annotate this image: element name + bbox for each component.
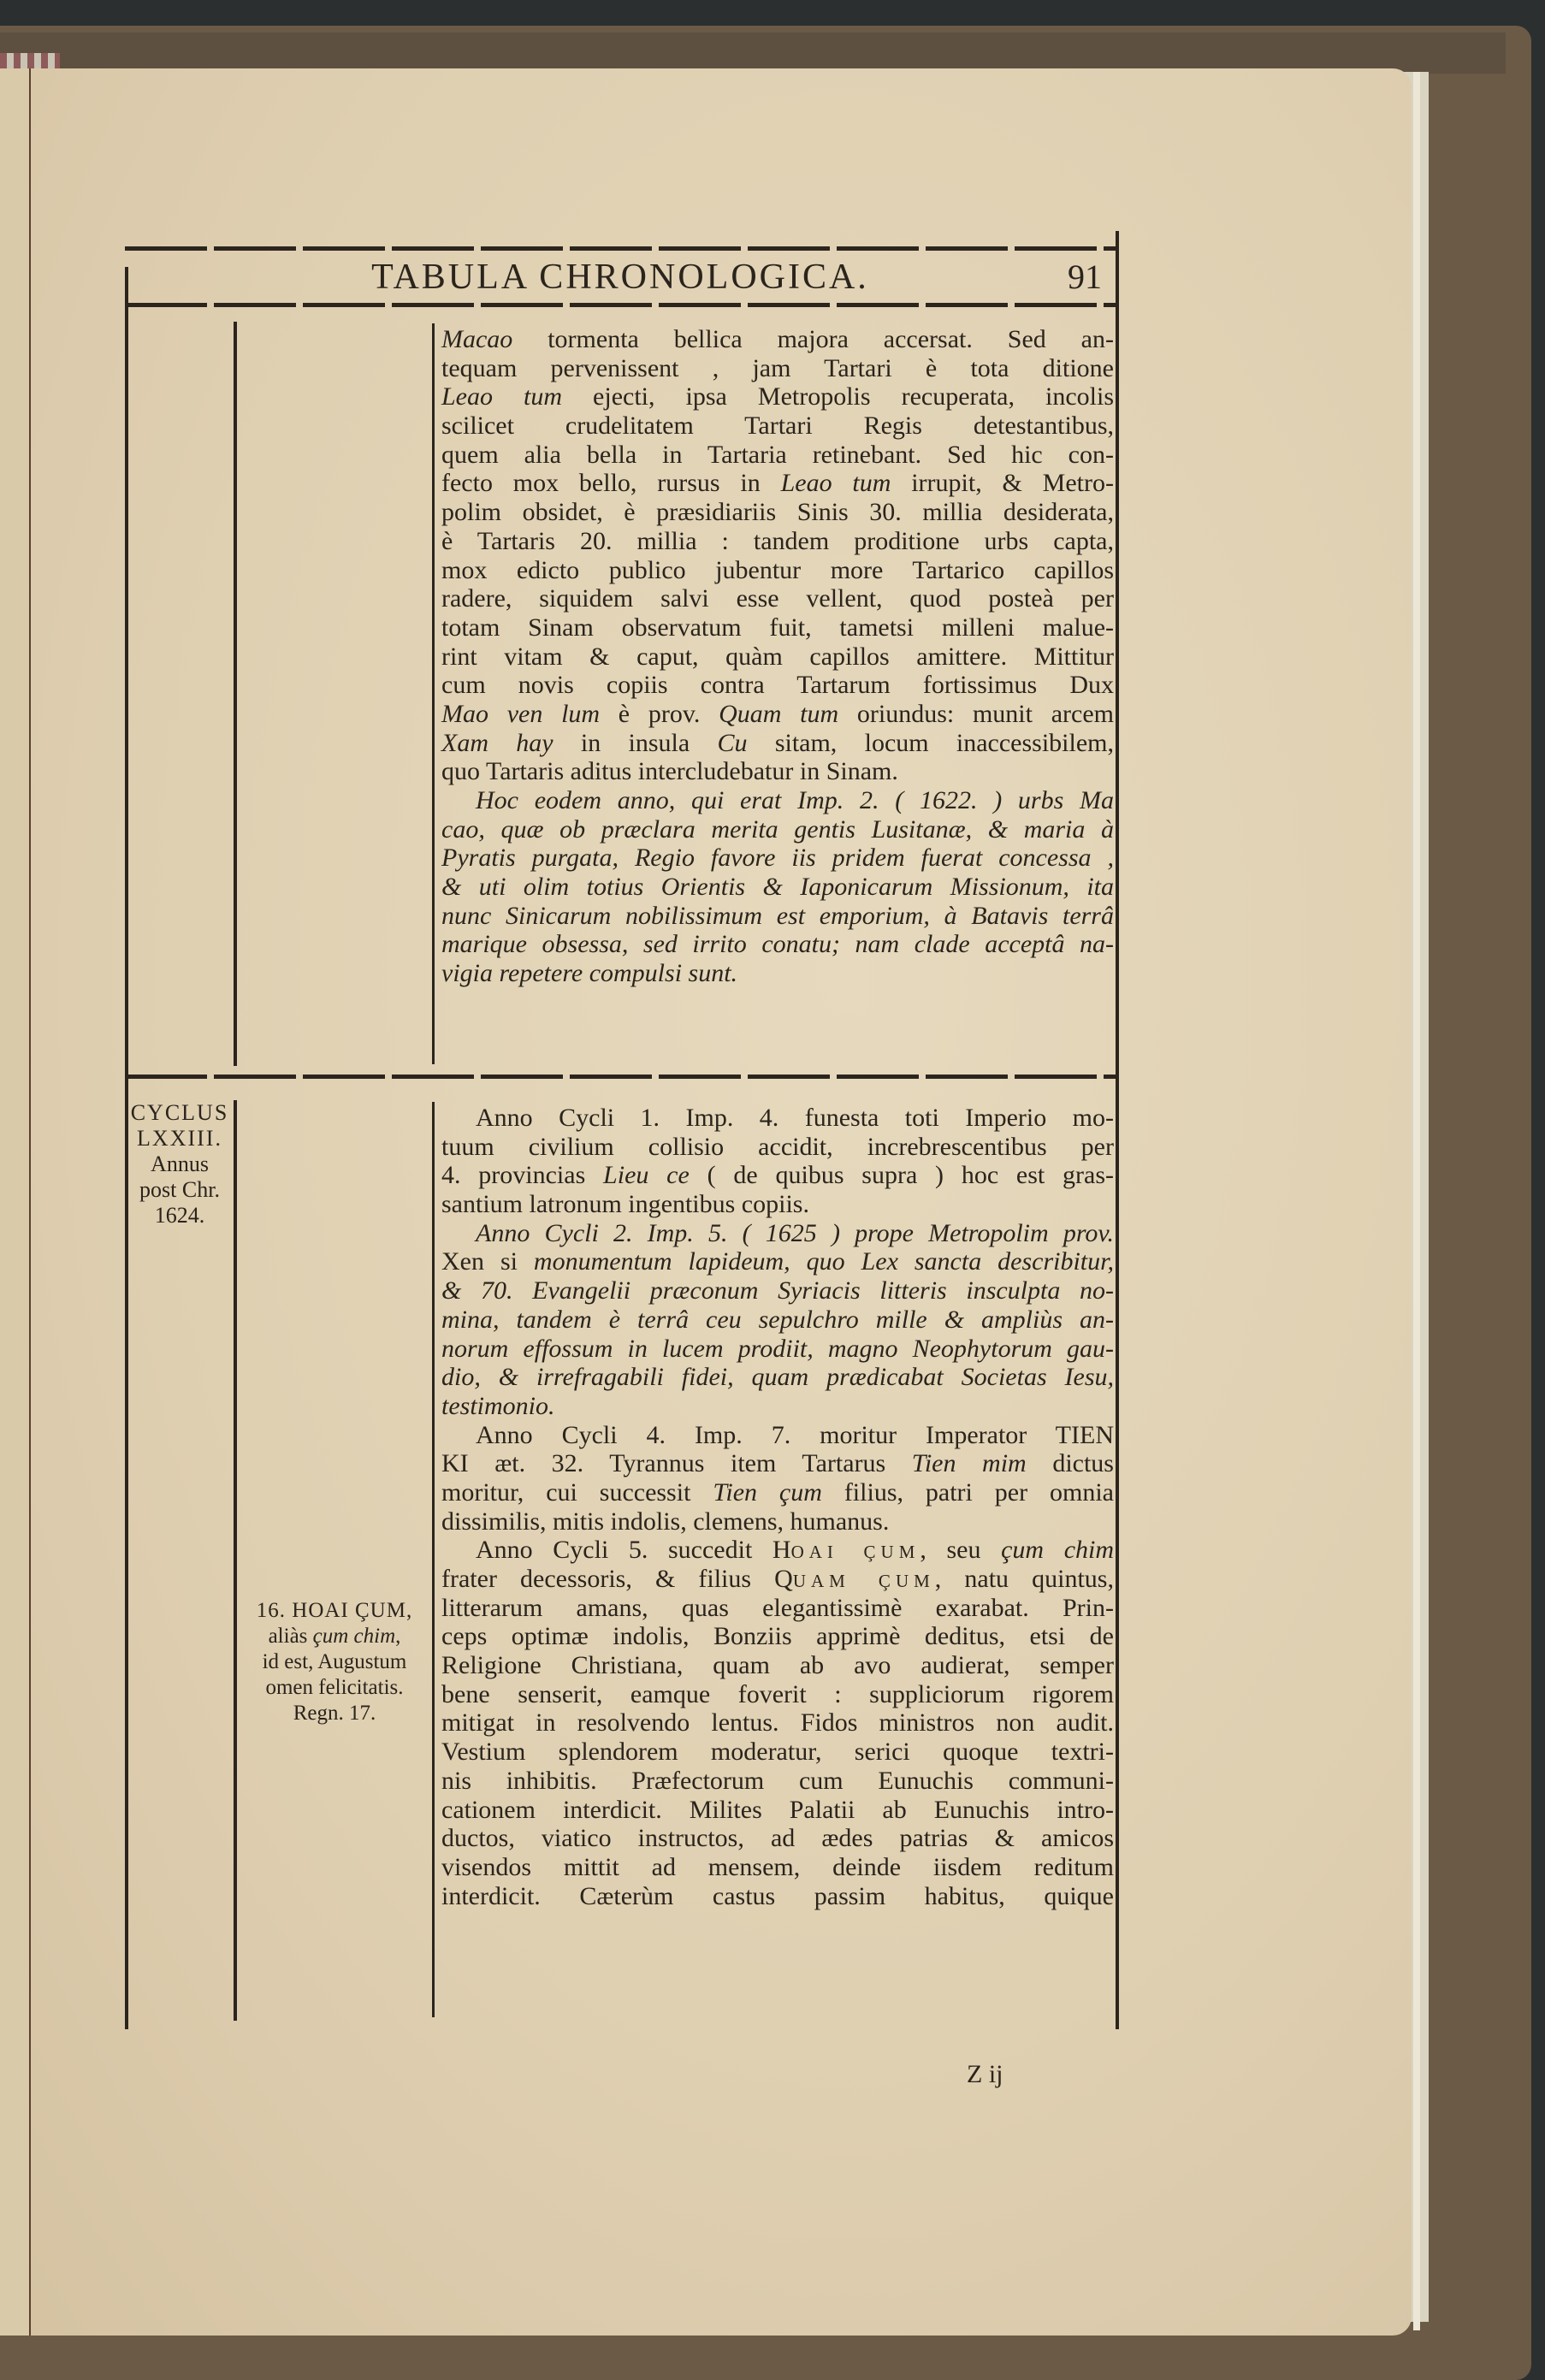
page-edges <box>1413 72 1420 2330</box>
column-divider-2-lower <box>432 1102 435 2017</box>
text-line: scilicet crudelitatem Tartari Regis dete… <box>441 411 1114 441</box>
text-line: cao, quæ ob præclara merita gentis Lusit… <box>441 815 1114 844</box>
text-line: radere, siquidem salvi esse vellent, quo… <box>441 584 1114 613</box>
text-line: & 70. Evangelii præconum Syriacis litter… <box>441 1276 1114 1305</box>
book-spine-top <box>0 33 1506 74</box>
text-line: 4. provincias Lieu ce ( de quibus supra … <box>441 1161 1114 1190</box>
right-frame-rule <box>1116 231 1119 2029</box>
text-line: vigia repetere compulsi sunt. <box>441 959 1114 988</box>
text-line: & uti olim totius Orientis & Iaponicarum… <box>441 873 1114 902</box>
text-line: litterarum amans, quas elegantissimè exa… <box>441 1594 1114 1623</box>
text-line: rint vitam & caput, quàm capillos amitte… <box>441 642 1114 672</box>
text-line: cum novis copiis contra Tartarum fortiss… <box>441 671 1114 700</box>
text-line: fecto mox bello, rursus in Leao tum irru… <box>441 469 1114 498</box>
signature-mark: Z ij <box>967 2060 1003 2089</box>
emperor-meaning: id est, Augustum <box>238 1649 431 1675</box>
text-line: totam Sinam observatum fuit, tametsi mil… <box>441 613 1114 642</box>
cycle-number: LXXIII. <box>128 1126 231 1152</box>
text-line: testimonio. <box>441 1392 1114 1421</box>
year-value: 1624. <box>128 1203 231 1228</box>
upper-text-block: Macao tormenta bellica majora accersat. … <box>441 325 1114 988</box>
text-line: Anno Cycli 5. succedit Hoai çum, seu çum… <box>441 1536 1114 1565</box>
text-line: bene senserit, eamque foverit : supplici… <box>441 1680 1114 1709</box>
text-line: polim obsidet, è præsidiariis Sinis 30. … <box>441 498 1114 527</box>
text-line: mitigat in resolvendo lentus. Fidos mini… <box>441 1708 1114 1738</box>
header-top-rule <box>125 246 1117 251</box>
text-line: quem alia bella in Tartaria retinebant. … <box>441 441 1114 470</box>
reign-length: Regn. 17. <box>238 1701 431 1726</box>
text-line: cationem interdicit. Milites Palatii ab … <box>441 1796 1114 1825</box>
text-line: è Tartaris 20. millia : tandem prodition… <box>441 527 1114 556</box>
text-line: Vestium splendorem moderatur, serici quo… <box>441 1738 1114 1767</box>
cycle-label: CYCLUS <box>128 1100 231 1126</box>
text-line: Xen si monumentum lapideum, quo Lex sanc… <box>441 1247 1114 1276</box>
column-divider-1-upper <box>234 322 237 1066</box>
text-line: frater decessoris, & filius Quam çum, na… <box>441 1565 1114 1594</box>
text-line: Pyratis purgata, Regio favore iis pridem… <box>441 844 1114 873</box>
section-divider-rule <box>125 1075 1117 1079</box>
text-line: Mao ven lum è prov. Quam tum oriundus: m… <box>441 700 1114 729</box>
cycle-year-note: CYCLUS LXXIII. Annus post Chr. 1624. <box>128 1100 231 1228</box>
text-line: nis inhibitis. Præfectorum cum Eunuchis … <box>441 1767 1114 1796</box>
text-line: KI æt. 32. Tyrannus item Tartarus Tien m… <box>441 1449 1114 1478</box>
text-line: dio, & irrefragabili fidei, quam prædica… <box>441 1363 1114 1392</box>
emperor-note: 16. HOAI ÇUM, aliàs çum chim, id est, Au… <box>238 1598 431 1726</box>
column-divider-2-upper <box>432 323 435 1064</box>
text-line: moritur, cui successit Tien çum filius, … <box>441 1478 1114 1507</box>
post-chr-label: post Chr. <box>128 1177 231 1203</box>
text-line: mina, tandem è terrâ ceu sepulchro mille… <box>441 1305 1114 1335</box>
header-bottom-rule <box>125 303 1117 307</box>
text-line: santium latronum ingentibus copiis. <box>441 1190 1114 1219</box>
text-line: Hoc eodem anno, qui erat Imp. 2. ( 1622.… <box>441 786 1114 815</box>
text-line: ceps optimæ indolis, Bonziis apprimè ded… <box>441 1622 1114 1651</box>
text-line: Anno Cycli 2. Imp. 5. ( 1625 ) prope Met… <box>441 1219 1114 1248</box>
page-number: 91 <box>1068 257 1102 297</box>
text-line: nunc Sinicarum nobilissimum est emporium… <box>441 902 1114 931</box>
text-line: tuum civilium collisio accidit, increbre… <box>441 1133 1114 1162</box>
text-line: mox edicto publico jubentur more Tartari… <box>441 556 1114 585</box>
text-line: Anno Cycli 1. Imp. 4. funesta toti Imper… <box>441 1104 1114 1133</box>
previous-page-edge <box>0 68 31 2336</box>
emperor-name: 16. HOAI ÇUM, <box>238 1598 431 1624</box>
text-line: Xam hay in insula Cu sitam, locum inacce… <box>441 729 1114 758</box>
text-line: norum effossum in lucem prodiit, magno N… <box>441 1335 1114 1364</box>
lower-text-block: Anno Cycli 1. Imp. 4. funesta toti Imper… <box>441 1104 1114 1910</box>
text-line: dissimilis, mitis indolis, clemens, huma… <box>441 1507 1114 1536</box>
text-line: Macao tormenta bellica majora accersat. … <box>441 325 1114 354</box>
text-line: visendos mittit ad mensem, deinde iisdem… <box>441 1853 1114 1882</box>
text-line: tequam pervenissent , jam Tartari è tota… <box>441 354 1114 383</box>
text-line: Religione Christiana, quam ab avo audier… <box>441 1651 1114 1680</box>
text-line: marique obsessa, sed irrito conatu; nam … <box>441 930 1114 959</box>
text-line: ductos, viatico instructos, ad ædes patr… <box>441 1824 1114 1853</box>
text-line: Leao tum ejecti, ipsa Metropolis recuper… <box>441 382 1114 411</box>
text-line: interdicit. Cæterùm castus passim habitu… <box>441 1882 1114 1911</box>
emperor-meaning-cont: omen felicitatis. <box>238 1675 431 1701</box>
text-line: quo Tartaris aditus intercludebatur in S… <box>441 757 1114 786</box>
column-divider-1-lower <box>234 1100 237 2021</box>
annus-label: Annus <box>128 1152 231 1177</box>
text-line: Anno Cycli 4. Imp. 7. moritur Imperator … <box>441 1421 1114 1450</box>
running-title: TABULA CHRONOLOGICA. <box>128 257 1112 298</box>
emperor-alias: aliàs çum chim, <box>238 1624 431 1649</box>
